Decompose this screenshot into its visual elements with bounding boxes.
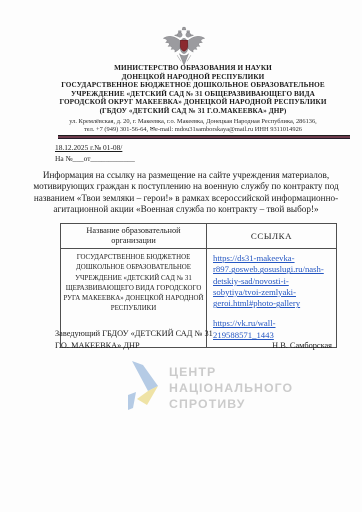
- signer-title-line-1: Заведующий ГБДОУ «ДЕТСКИЙ САД № 31: [55, 328, 213, 340]
- org-cell-line: УЧРЕЖДЕНИЕ «ДЕТСКИЙ САД № 31: [62, 274, 205, 284]
- watermark-line-3: СПРОТИВУ: [169, 396, 293, 412]
- org-cell-line: ГОСУДАРСТВЕННОЕ БЮДЖЕТНОЕ: [62, 253, 205, 263]
- subject-paragraph: Информация на ссылку на размещение на са…: [26, 170, 346, 215]
- cns-chevron-logo-icon: [128, 361, 160, 411]
- column-header-organization: Название образовательной организации: [61, 224, 207, 249]
- org-line: ГОСУДАРСТВЕННОЕ БЮДЖЕТНОЕ ДОШКОЛЬНОЕ ОБР…: [32, 81, 354, 90]
- column-header-link: ССЫЛКА: [207, 224, 337, 249]
- document-page: МИНИСТЕРСТВО ОБРАЗОВАНИЯ И НАУКИ ДОНЕЦКО…: [0, 0, 362, 512]
- letterhead-address: ул. Кремлёвская, д. 20, г. Макеевка, г.о…: [32, 118, 354, 134]
- reply-reference-line: На №___от____________: [55, 154, 135, 165]
- watermark-line-1: ЦЕНТР: [169, 364, 293, 380]
- cns-watermark: ЦЕНТР НАЦІОНАЛЬНОГО СПРОТИВУ: [128, 361, 293, 412]
- shield-icon: [180, 40, 187, 51]
- signature-block: Заведующий ГБДОУ «ДЕТСКИЙ САД № 31 Г.О. …: [55, 328, 332, 351]
- letterhead-org-name: МИНИСТЕРСТВО ОБРАЗОВАНИЯ И НАУКИ ДОНЕЦКО…: [32, 64, 354, 116]
- org-cell-line: ЩЕРАЗВИВАЮЩЕГО ВИДА ГОРОДСКОГО: [62, 284, 205, 294]
- org-line: ДОНЕЦКОЙ НАРОДНОЙ РЕСПУБЛИКИ: [32, 73, 354, 82]
- address-line-1: ул. Кремлёвская, д. 20, г. Макеевка, г.о…: [32, 118, 354, 126]
- reference-block: 18.12.2025 г.№ 01-08/ На №___от_________…: [55, 143, 135, 164]
- dnr-coat-of-arms-icon: [161, 26, 207, 69]
- table-header-row: Название образовательной организации ССЫ…: [61, 224, 337, 249]
- signer-name: Н.В. Самборская: [272, 340, 332, 352]
- link-spacer: [213, 309, 330, 318]
- outgoing-date-number: 18.12.2025 г.№ 01-08/: [55, 143, 135, 154]
- org-cell-line: РЕСПУБЛИКИ: [62, 304, 205, 314]
- address-line-2: тел. +7 (949) 301-56-64, ✉e-mail: mdou31…: [32, 126, 354, 134]
- org-line: ГОРОДСКОЙ ОКРУГ МАКЕЕВКА» ДОНЕЦКОЙ НАРОД…: [32, 98, 354, 107]
- gosuslugi-news-link[interactable]: https://ds31-makeevka-r897.gosweb.gosusl…: [213, 253, 330, 309]
- letterhead-divider: [58, 135, 350, 139]
- org-line: МИНИСТЕРСТВО ОБРАЗОВАНИЯ И НАУКИ: [32, 64, 354, 73]
- org-cell-line: РУГА МАКЕЕВКА» ДОНЕЦКОЙ НАРОДНОЙ: [62, 294, 205, 304]
- org-line: (ГБДОУ «ДЕТСКИЙ САД № 31 Г.О.МАКЕЕВКА» Д…: [32, 107, 354, 116]
- org-cell-line: ДОШКОЛЬНОЕ ОБРАЗОВАТЕЛЬНОЕ: [62, 263, 205, 273]
- signer-title-line-2: Г.О. МАКЕЕВКА» ДНР: [55, 340, 213, 352]
- watermark-text: ЦЕНТР НАЦІОНАЛЬНОГО СПРОТИВУ: [169, 361, 293, 412]
- signer-title: Заведующий ГБДОУ «ДЕТСКИЙ САД № 31 Г.О. …: [55, 328, 213, 351]
- watermark-line-2: НАЦІОНАЛЬНОГО: [169, 380, 293, 396]
